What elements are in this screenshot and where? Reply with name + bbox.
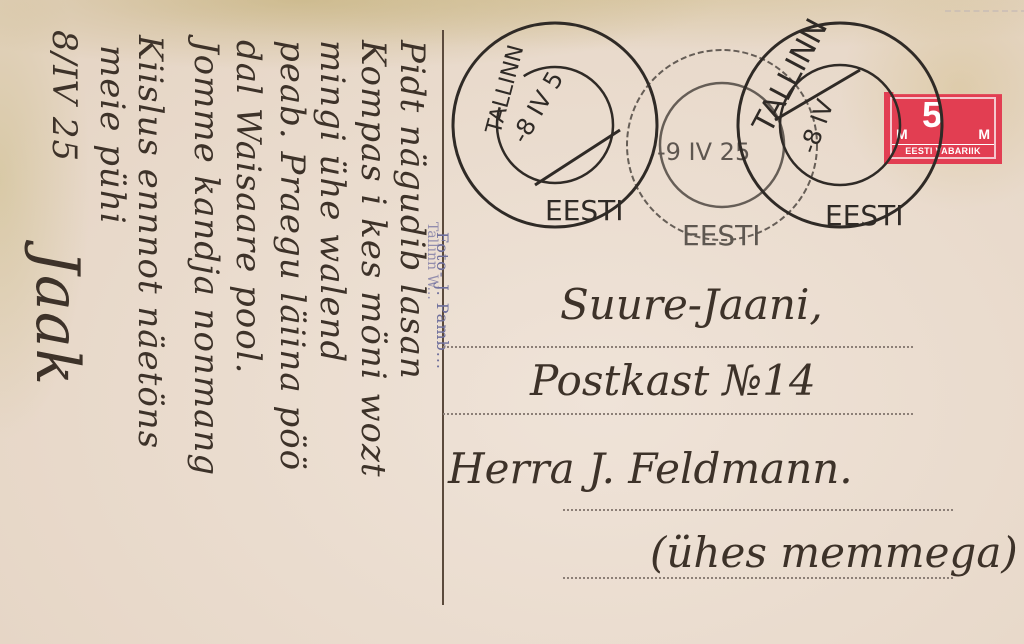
message-line-7: Kiislus ennnot näetöns	[130, 35, 170, 449]
address-postbox: Postkast №14	[530, 356, 816, 405]
postcard-back: Pidt nägudib lasan Kompas i kes möni woz…	[0, 0, 1024, 644]
address-line-rule-3	[563, 509, 953, 511]
message-line-2: Kompas i kes möni wozt	[353, 40, 393, 478]
message-line-6: Jomme kandja nonmang	[186, 40, 226, 476]
photographer-city: Tallinn W...	[424, 222, 440, 300]
address-line-rule-1	[443, 346, 913, 348]
message-line-3: mingi ühe walend	[312, 40, 352, 363]
message-date: 8/IV 25	[44, 30, 84, 162]
stamp-mark-right: M	[978, 126, 990, 142]
postmark-1-bottom: EESTI	[545, 194, 624, 227]
message-line-5: dal Waisaare pool.	[228, 40, 268, 374]
message-line-1: Pidt nägudib lasan	[392, 40, 432, 380]
postmark-3-bottom: EESTI	[825, 199, 904, 232]
address-line-rule-4	[563, 577, 953, 579]
message-line-8: meie pühi	[92, 45, 132, 225]
address-note: (ühes memmega)	[650, 528, 1018, 577]
address-line-rule-2	[443, 413, 913, 415]
address-recipient: Herra J. Feldmann.	[448, 444, 853, 493]
postmark-tallinn-right: TALLINN -8 IV EESTI	[730, 15, 950, 235]
torn-stamp-outline	[945, 10, 1024, 102]
message-line-4: peab. Praegu läiina pöö	[272, 40, 312, 471]
address-town: Suure-Jaani,	[560, 280, 823, 329]
message-signature: Jaak	[22, 250, 92, 386]
